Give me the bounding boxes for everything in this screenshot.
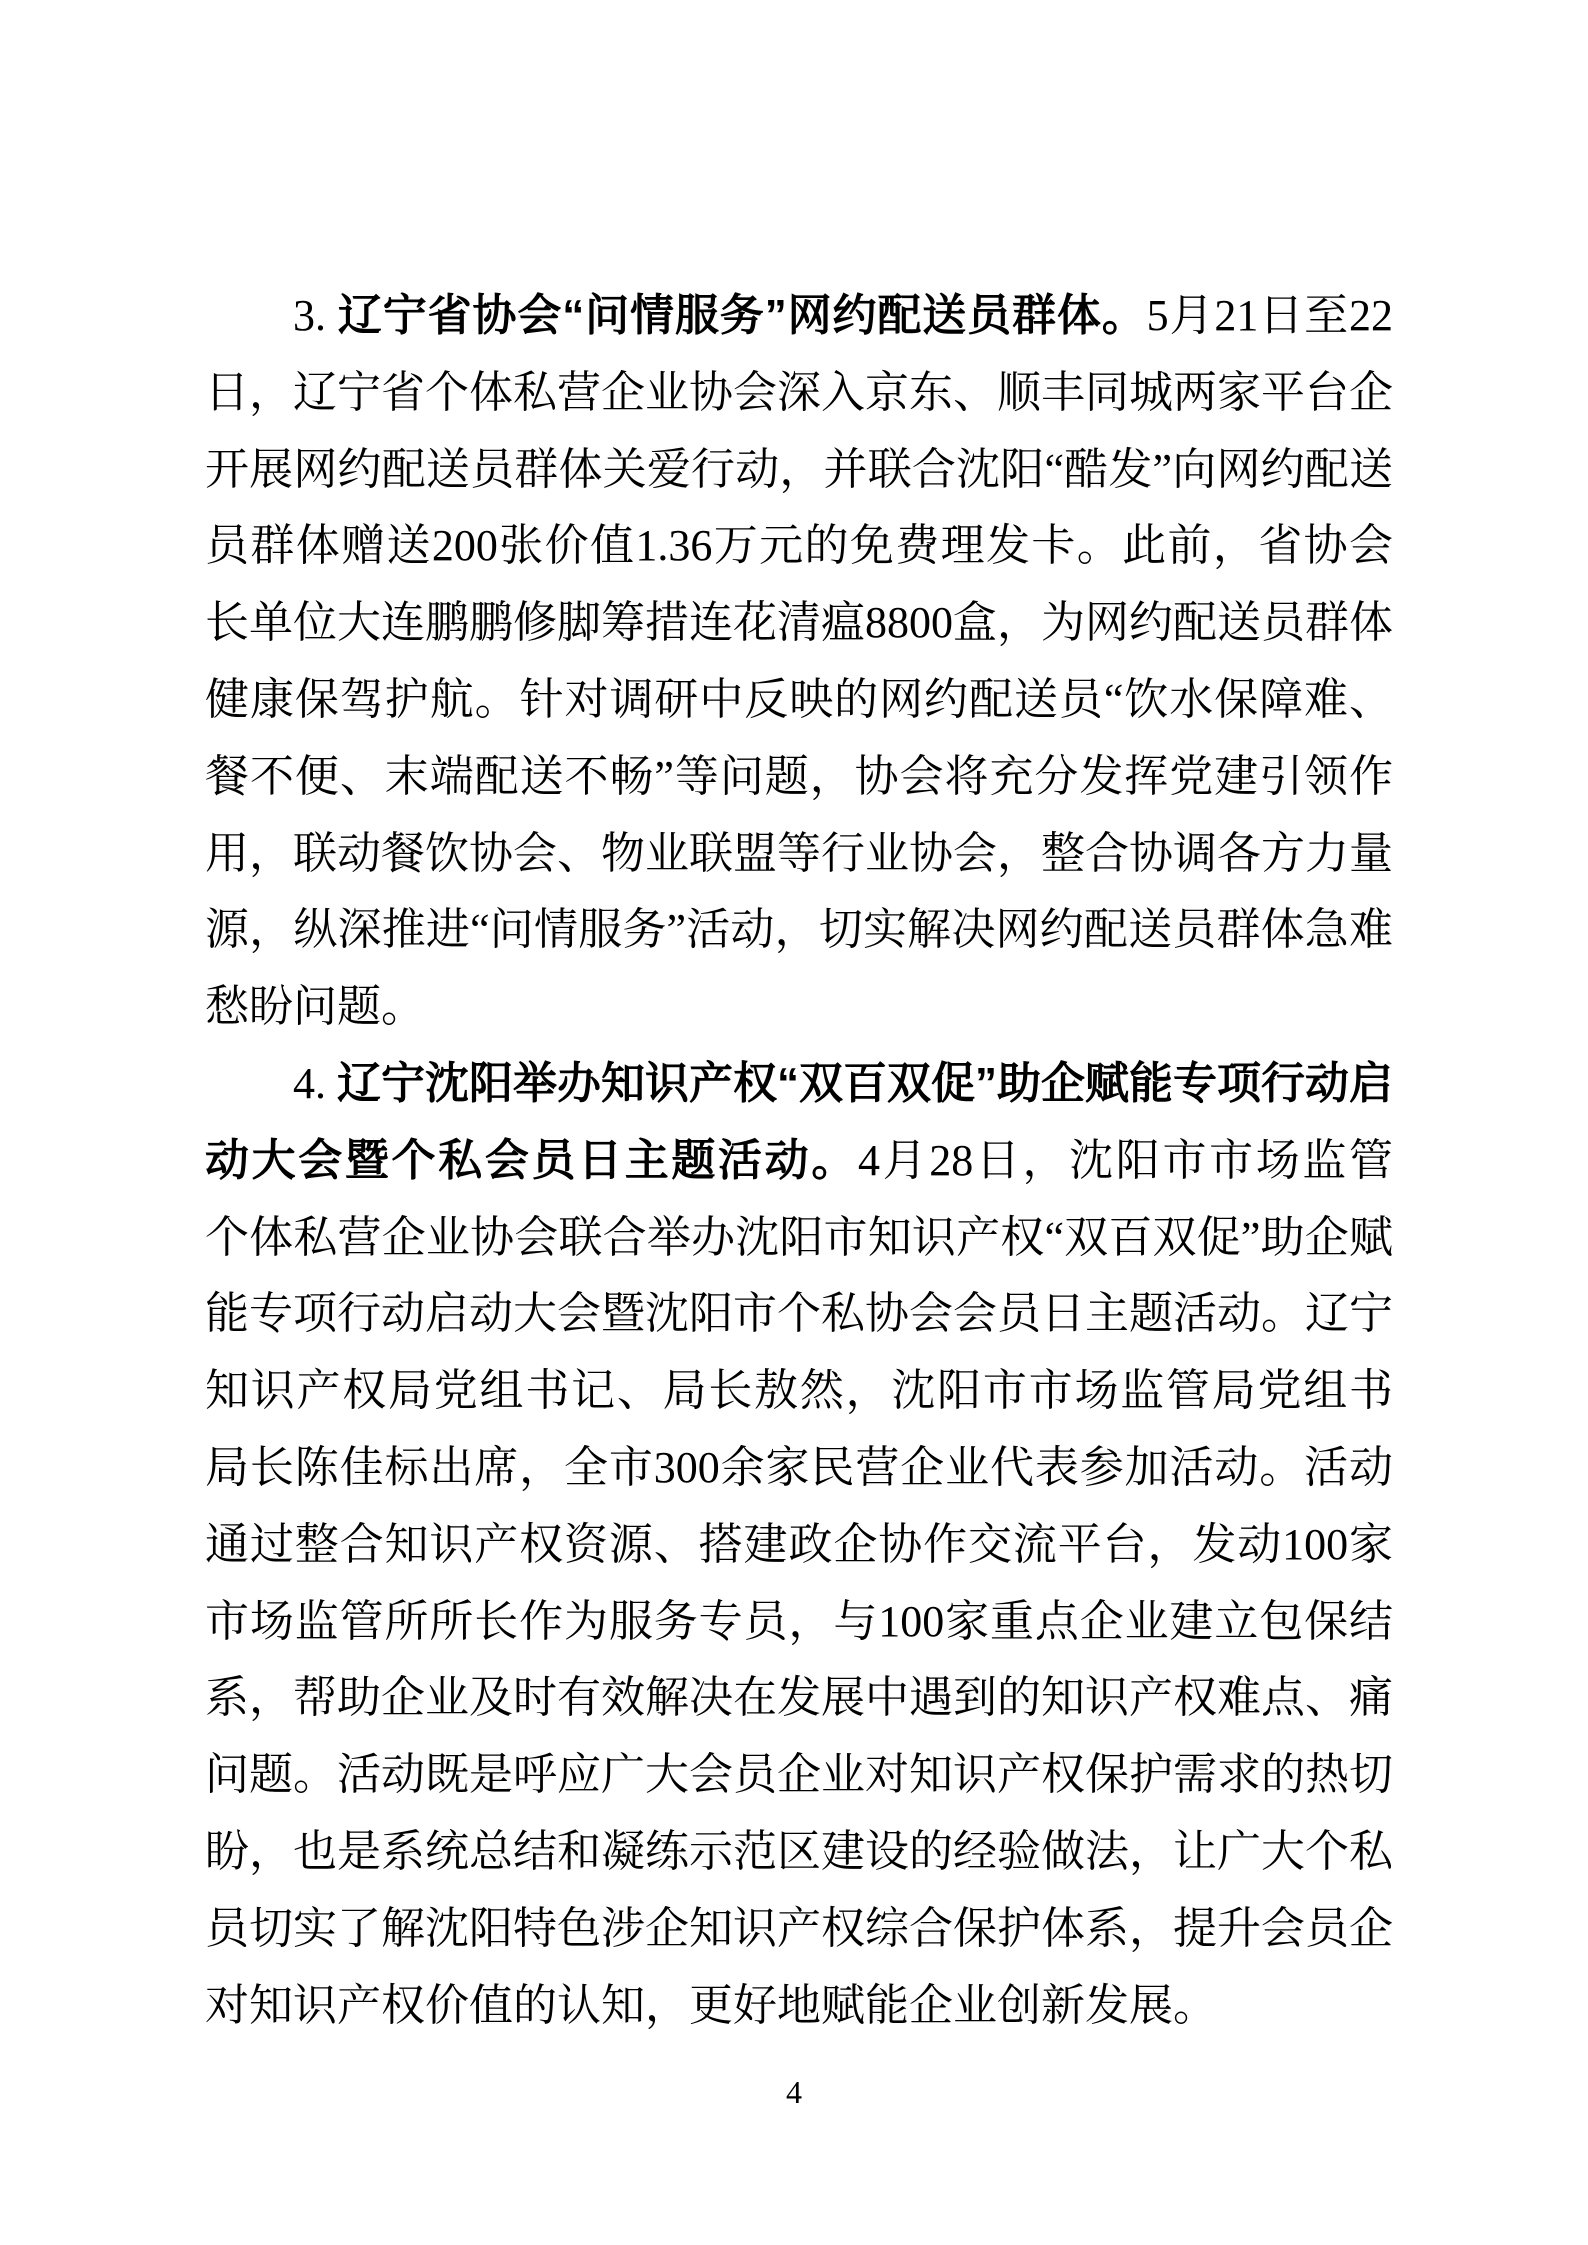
body-text-segment: 5月21日至22 xyxy=(1147,291,1393,340)
heading-text-segment: 辽宁沈阳举办知识产权“双百双促”助企赋能专项行动启 xyxy=(337,1059,1393,1108)
body-text-segment: 健康保驾护航。针对调研中反映的网约配送员“饮水保障难、就 xyxy=(205,675,1393,739)
text-line: 员切实了解沈阳特色涉企知识产权综合保护体系，提升会员企业 xyxy=(205,1891,1393,1968)
heading-text-segment: 动大会暨个私会员日主题活动。 xyxy=(205,1136,858,1185)
text-line: 知识产权局党组书记、局长敖然，沈阳市市场监管局党组书记、 xyxy=(205,1353,1393,1430)
text-line: 愁盼问题。 xyxy=(205,969,1393,1046)
body-text-segment: 员切实了解沈阳特色涉企知识产权综合保护体系，提升会员企业 xyxy=(205,1904,1393,1968)
body-text-segment: 开展网约配送员群体关爱行动，并联合沈阳“酷发”向网约配送 xyxy=(205,445,1393,494)
text-line: 用，联动餐饮协会、物业联盟等行业协会，整合协调各方力量资 xyxy=(205,816,1393,893)
text-line: 能专项行动启动大会暨沈阳市个私协会会员日主题活动。辽宁省 xyxy=(205,1276,1393,1353)
body-text-segment: 源，纵深推进“问情服务”活动，切实解决网约配送员群体急难 xyxy=(205,905,1393,954)
text-line: 4. 辽宁沈阳举办知识产权“双百双促”助企赋能专项行动启 xyxy=(205,1046,1393,1123)
page-number: 4 xyxy=(0,2072,1588,2112)
body-text-segment: 餐不便、末端配送不畅”等问题，协会将充分发挥党建引领作 xyxy=(205,752,1393,801)
text-line: 个体私营企业协会联合举办沈阳市知识产权“双百双促”助企赋 xyxy=(205,1200,1393,1277)
paragraph-item-3: 3. 辽宁省协会“问情服务”网约配送员群体。5月21日至22日，辽宁省个体私营企… xyxy=(205,278,1393,1046)
text-line: 问题。活动既是呼应广大会员企业对知识产权保护需求的热切期 xyxy=(205,1737,1393,1814)
body-text-segment: 4. xyxy=(293,1059,337,1108)
body-text-segment: 员群体赠送200张价值1.36万元的免费理发卡。此前，省协会副会 xyxy=(205,521,1393,585)
body-text-segment: 长单位大连鹏鹏修脚筹措连花清瘟8800盒，为网约配送员群体的 xyxy=(205,598,1393,662)
text-line: 动大会暨个私会员日主题活动。4月28日，沈阳市市场监管局、市 xyxy=(205,1123,1393,1200)
text-line: 系，帮助企业及时有效解决在发展中遇到的知识产权难点、痛点 xyxy=(205,1660,1393,1737)
document-page: 3. 辽宁省协会“问情服务”网约配送员群体。5月21日至22日，辽宁省个体私营企… xyxy=(0,0,1588,2245)
body-text-segment: 对知识产权价值的认知，更好地赋能企业创新发展。 xyxy=(205,1981,1217,2030)
text-line: 市场监管所所长作为服务专员，与100家重点企业建立包保结对关 xyxy=(205,1584,1393,1661)
text-line: 局长陈佳标出席，全市300余家民营企业代表参加活动。活动旨在 xyxy=(205,1430,1393,1507)
text-line: 对知识产权价值的认知，更好地赋能企业创新发展。 xyxy=(205,1968,1393,2045)
text-line: 盼，也是系统总结和凝练示范区建设的经验做法，让广大个私会 xyxy=(205,1814,1393,1891)
body-text-segment: 日，辽宁省个体私营企业协会深入京东、顺丰同城两家平台企业 xyxy=(205,368,1393,432)
body-text-segment: 愁盼问题。 xyxy=(205,982,425,1031)
body-text-segment: 系，帮助企业及时有效解决在发展中遇到的知识产权难点、痛点 xyxy=(205,1673,1393,1737)
body-text-segment: 3. xyxy=(293,291,338,340)
body-text-segment: 通过整合知识产权资源、搭建政企协作交流平台，发动100家基层 xyxy=(205,1520,1393,1584)
body-text-segment: 能专项行动启动大会暨沈阳市个私协会会员日主题活动。辽宁省 xyxy=(205,1289,1393,1353)
text-line: 日，辽宁省个体私营企业协会深入京东、顺丰同城两家平台企业 xyxy=(205,355,1393,432)
text-line: 源，纵深推进“问情服务”活动，切实解决网约配送员群体急难 xyxy=(205,892,1393,969)
heading-text-segment: 辽宁省协会“问情服务”网约配送员群体。 xyxy=(338,291,1147,340)
text-line: 开展网约配送员群体关爱行动，并联合沈阳“酷发”向网约配送 xyxy=(205,432,1393,509)
text-line: 员群体赠送200张价值1.36万元的免费理发卡。此前，省协会副会 xyxy=(205,508,1393,585)
body-text-segment: 知识产权局党组书记、局长敖然，沈阳市市场监管局党组书记、 xyxy=(205,1366,1393,1430)
body-text-segment: 局长陈佳标出席，全市300余家民营企业代表参加活动。活动旨在 xyxy=(205,1443,1393,1507)
body-text-segment: 个体私营企业协会联合举办沈阳市知识产权“双百双促”助企赋 xyxy=(205,1213,1393,1262)
text-line: 健康保驾护航。针对调研中反映的网约配送员“饮水保障难、就 xyxy=(205,662,1393,739)
text-line: 餐不便、末端配送不畅”等问题，协会将充分发挥党建引领作 xyxy=(205,739,1393,816)
body-text-segment: 盼，也是系统总结和凝练示范区建设的经验做法，让广大个私会 xyxy=(205,1827,1393,1891)
text-line: 长单位大连鹏鹏修脚筹措连花清瘟8800盒，为网约配送员群体的 xyxy=(205,585,1393,662)
body-text-segment: 用，联动餐饮协会、物业联盟等行业协会，整合协调各方力量资 xyxy=(205,829,1393,893)
text-line: 3. 辽宁省协会“问情服务”网约配送员群体。5月21日至22 xyxy=(205,278,1393,355)
text-line: 通过整合知识产权资源、搭建政企协作交流平台，发动100家基层 xyxy=(205,1507,1393,1584)
body-text-segment: 市场监管所所长作为服务专员，与100家重点企业建立包保结对关 xyxy=(205,1597,1393,1661)
paragraph-item-4: 4. 辽宁沈阳举办知识产权“双百双促”助企赋能专项行动启动大会暨个私会员日主题活… xyxy=(205,1046,1393,2044)
document-body: 3. 辽宁省协会“问情服务”网约配送员群体。5月21日至22日，辽宁省个体私营企… xyxy=(205,278,1393,2044)
body-text-segment: 问题。活动既是呼应广大会员企业对知识产权保护需求的热切期 xyxy=(205,1750,1393,1814)
